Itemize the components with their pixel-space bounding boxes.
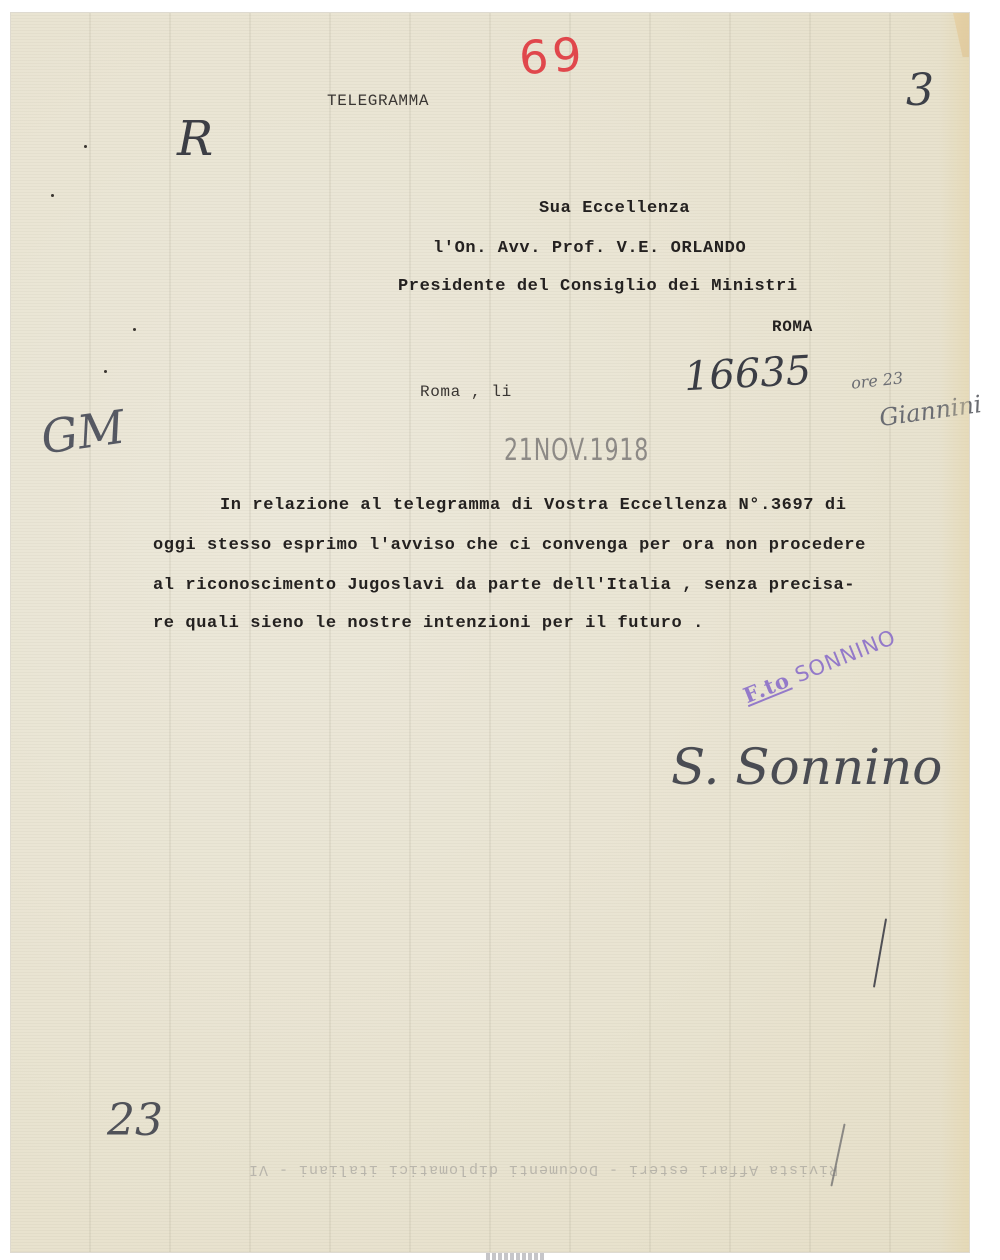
body-line-3: al riconoscimento Jugoslavi da parte del… [153,576,855,595]
protocol-note-signature: Giannini [878,390,984,432]
body-line-1: In relazione al telegramma di Vostra Ecc… [220,496,847,515]
handwritten-initials-left: GM [38,399,129,464]
addressee-name: l'On. Avv. Prof. V.E. ORLANDO [433,239,746,258]
handwritten-initial-r: R [177,111,213,167]
paper-speck [133,328,136,331]
bleed-through-text: Rivista Affari esteri - Documenti diplom… [248,1161,838,1178]
paper-speck [51,194,54,197]
protocol-number: 16635 [683,348,812,401]
document-type-label: TELEGRAMMA [327,92,429,110]
place-date-label: Roma , li [420,383,512,401]
addressee-title: Sua Eccellenza [539,199,690,218]
stamp-prefix: F.to [740,667,794,708]
addressee-city: ROMA [772,318,813,336]
addressee-position: Presidente del Consiglio dei Ministri [398,277,798,296]
paper-speck [84,145,87,148]
protocol-note-time: ore 23 [850,368,904,392]
bottom-page-number: 23 [107,1095,163,1146]
handwritten-signature: S. Sonnino [671,738,942,796]
folded-corner [953,13,969,57]
folio-number-red: 69 [517,27,587,86]
paper-speck [104,370,107,373]
date-stamp: 21NOV.1918 [504,433,649,468]
signature-stamp: F.to SONNINO [740,624,900,708]
pencil-mark [873,918,887,987]
page-number-handwritten: 3 [906,65,934,116]
body-line-4: re quali sieno le nostre intenzioni per … [153,614,704,633]
ink-smudge [486,1253,544,1260]
stamp-name: SONNINO [791,625,899,687]
document-page: 69 3 TELEGRAMMA R Sua Eccellenza l'On. A… [11,13,969,1252]
body-line-2: oggi stesso esprimo l'avviso che ci conv… [153,536,866,555]
